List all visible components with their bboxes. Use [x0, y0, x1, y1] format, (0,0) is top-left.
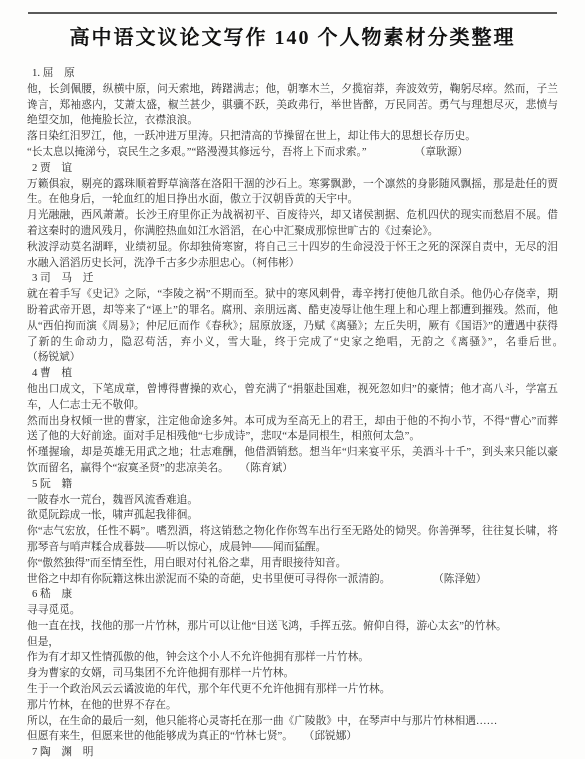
- section: 2 贾 谊万籁俱寂，剔亮的露珠顺着野草滴落在洛阳干涸的沙石上。寒雾飘渺，一个凛然…: [27, 161, 558, 272]
- section-heading: 2 贾 谊: [27, 161, 558, 177]
- document-body: 1. 屈 原他，长剑佩腰，纵横中原，问天索地，踌躇满志；他，朝搴木兰，夕揽宿莽，…: [27, 66, 558, 759]
- paragraph: 世俗之中却有你阮籍这株出淤泥而不染的奇葩，史书里便可寻得你一派清韵。 （陈泽勉）: [27, 572, 558, 588]
- document-page: 高中语文议论文写作 140 个人物素材分类整理 1. 屈 原他，长剑佩腰，纵横中…: [0, 0, 585, 759]
- paragraph: 秋波浮动莫名湖畔，业绩初显。你却独倚寒窗，将自己三十四岁的生命浸没于怀王之死的深…: [27, 240, 558, 272]
- section: 7 陶 渊 明: [27, 745, 558, 759]
- paragraph: 欲觅阮踪成一怅，啸声孤起我徘徊。: [27, 508, 558, 524]
- paragraph: 寻寻觅觅。: [27, 603, 558, 619]
- section-heading: 3 司 马 迁: [27, 271, 558, 287]
- document-title: 高中语文议论文写作 140 个人物素材分类整理: [0, 0, 585, 51]
- paragraph: 他出口成文，下笔成章，曾博得曹操的欢心，曾充满了“捐躯赴国难，视死忽如归”的豪情…: [27, 382, 558, 414]
- section-heading: 6 嵇 康: [27, 587, 558, 603]
- paragraph: 身为曹家的女婿，司马集团不允许他拥有那样一片竹林。: [27, 666, 558, 682]
- paragraph: 他，长剑佩腰，纵横中原，问天索地，踌躇满志；他，朝搴木兰，夕揽宿莽，奔波效劳，鞠…: [27, 82, 558, 129]
- paragraph: 但是，: [27, 635, 558, 651]
- section: 6 嵇 康寻寻觅觅。他一直在找，找他的那一片竹林，那片可以让他“目送飞鸿，手挥五…: [27, 587, 558, 745]
- paragraph: 所以，在生命的最后一刻，他只能将心灵寄托在那一曲《广陵散》中，在琴声中与那片竹林…: [27, 714, 558, 730]
- section: 1. 屈 原他，长剑佩腰，纵横中原，问天索地，踌躇满志；他，朝搴木兰，夕揽宿莽，…: [27, 66, 558, 161]
- header-rule: [28, 12, 557, 14]
- paragraph: 一陂春水一荒台，魏晋风流香难追。: [27, 493, 558, 509]
- section: 5 阮 籍一陂春水一荒台，魏晋风流香难追。欲觅阮踪成一怅，啸声孤起我徘徊。你“志…: [27, 477, 558, 588]
- paragraph: 你“志气宏放，任性不羁”。嗜烈酒，将这销愁之物化作你驾车出行至无路处的恸哭。你善…: [27, 524, 558, 556]
- paragraph: 月光融融，西风萧萧。长沙王府里你正为战祸初平、百废待兴，却又诸侯割据、危机四伏的…: [27, 208, 558, 240]
- paragraph: 作为有才却又性情孤傲的他，钟会这个小人不允许他拥有那样一片竹林。: [27, 650, 558, 666]
- section-heading: 7 陶 渊 明: [27, 745, 558, 759]
- paragraph: 那片竹林，在他的世界不存在。: [27, 698, 558, 714]
- paragraph: 万籁俱寂，剔亮的露珠顺着野草滴落在洛阳干涸的沙石上。寒雾飘渺，一个凛然的身影随风…: [27, 177, 558, 209]
- paragraph: 他一直在找，找他的那一片竹林，那片可以让他“目送飞鸿，手挥五弦。俯仰自得，游心太…: [27, 619, 558, 635]
- paragraph: 就在着手写《史记》之际，“李陵之祸”不期而至。狱中的寒风剌骨，毒辛拷打使他几欲自…: [27, 287, 558, 366]
- section-heading: 5 阮 籍: [27, 477, 558, 493]
- section: 3 司 马 迁就在着手写《史记》之际，“李陵之祸”不期而至。狱中的寒风剌骨，毒辛…: [27, 271, 558, 366]
- paragraph: 你“傲然独得”而至情至性，用白眼对付礼俗之辈，用青眼接待知音。: [27, 556, 558, 572]
- paragraph: 落日染红汨罗江，他，一跃冲进万里涛。只把清高的节操留在世上，却让伟大的思想长存历…: [27, 129, 558, 145]
- paragraph: “长太息以掩涕兮，哀民生之多艰。”“路漫漫其修远兮，吾将上下而求索。” （章耿源…: [27, 145, 558, 161]
- section-heading: 4 曹 植: [27, 366, 558, 382]
- paragraph: 然而出身权倾一世的曹家，注定他命途多舛。本可成为至高无上的君王，却由于他的不拘小…: [27, 414, 558, 446]
- paragraph: 怀瑾握瑜，却是英雄无用武之地；壮志难酬，他借酒销愁。想当年“归来宴平乐，美酒斗十…: [27, 445, 558, 477]
- paragraph: 但愿有来生，但愿来世的他能够成为真正的“竹林七贤”。 （邱锐娜）: [27, 729, 558, 745]
- section-heading: 1. 屈 原: [27, 66, 558, 82]
- paragraph: 生于一个政治风云云谲波诡的年代，那个年代更不允许他拥有那样一片竹林。: [27, 682, 558, 698]
- section: 4 曹 植他出口成文，下笔成章，曾博得曹操的欢心，曾充满了“捐躯赴国难，视死忽如…: [27, 366, 558, 477]
